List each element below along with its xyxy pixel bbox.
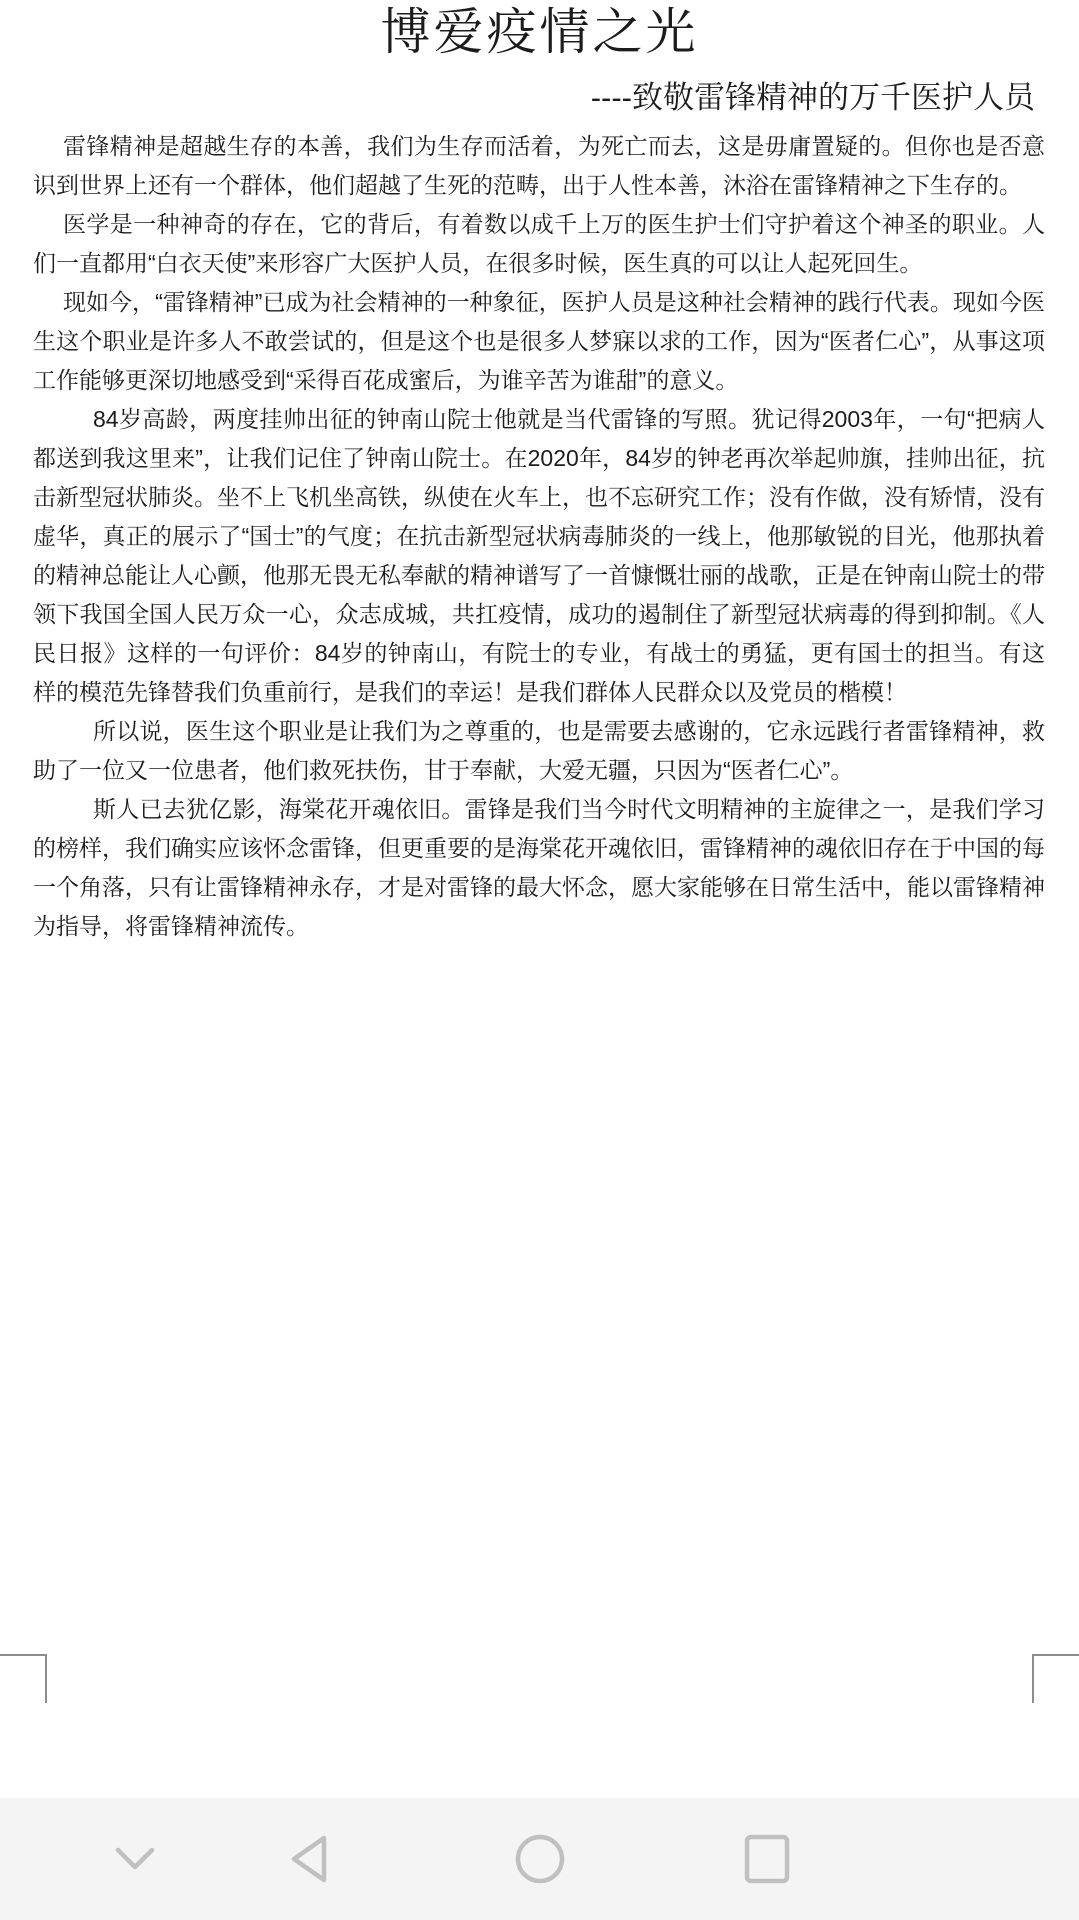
recents-button[interactable] [722,1798,812,1920]
paragraph: 所以说，医生这个职业是让我们为之尊重的，也是需要去感谢的，它永远践行者雷锋精神，… [33,712,1045,790]
document-body: 雷锋精神是超越生存的本善，我们为生存而活着，为死亡而去，这是毋庸置疑的。但你也是… [0,127,1079,946]
paragraph: 医学是一种神奇的存在，它的背后，有着数以成千上万的医生护士们守护着这个神圣的职业… [33,205,1045,283]
recents-square-icon [743,1834,791,1884]
back-triangle-icon [285,1832,333,1886]
document-subtitle: ----致敬雷锋精神的万千医护人员 [0,80,1079,116]
paragraph: 现如今，“雷锋精神”已成为社会精神的一种象征，医护人员是这种社会精神的践行代表。… [33,283,1045,400]
page-title: 博爱疫情之光 [0,0,1079,62]
document-content: 博爱疫情之光 ----致敬雷锋精神的万千医护人员 雷锋精神是超越生存的本善，我们… [0,0,1079,946]
paragraph: 斯人已去犹亿影，海棠花开魂依旧。雷锋是我们当今时代文明精神的主旋律之一，是我们学… [33,790,1045,946]
navigation-bar [0,1798,1079,1920]
document-page: 博爱疫情之光 ----致敬雷锋精神的万千医护人员 雷锋精神是超越生存的本善，我们… [0,0,1079,1920]
page-corner-mark-left [0,1654,47,1703]
paragraph: 雷锋精神是超越生存的本善，我们为生存而活着，为死亡而去，这是毋庸置疑的。但你也是… [33,127,1045,205]
chevron-down-icon [115,1845,155,1873]
home-circle-icon [514,1833,566,1885]
hide-navbar-button[interactable] [90,1798,180,1920]
page-corner-mark-right [1032,1654,1079,1703]
paragraph: 84岁高龄，两度挂帅出征的钟南山院士他就是当代雷锋的写照。犹记得2003年，一句… [33,400,1045,712]
back-button[interactable] [264,1798,354,1920]
home-button[interactable] [495,1798,585,1920]
